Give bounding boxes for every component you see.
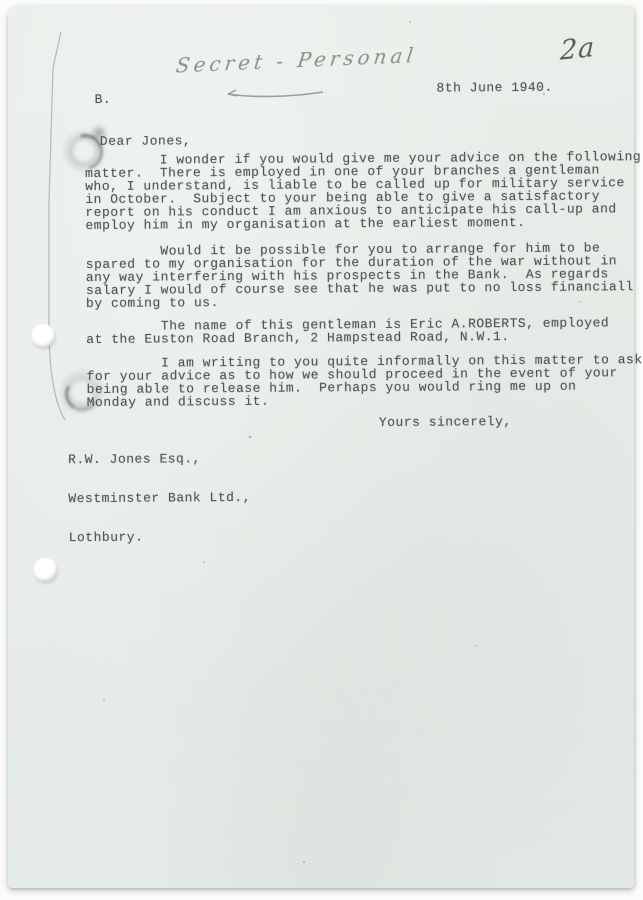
paragraph-3: The name of this gentleman is Eric A.ROB… [86,316,609,346]
closing: Yours sincerely, [379,415,512,429]
punch-hole-top [31,324,55,348]
paragraph-4: I am writing to you quite informally on … [86,353,643,409]
recipient-location: Lothbury. [69,530,252,544]
paragraph-1: I wonder if you would give me your advic… [85,150,642,232]
date-line: 8th June 1940. [436,81,552,95]
recipient-name: R.W. Jones Esq., [68,452,251,466]
recipient-address: R.W. Jones Esq., Westminster Bank Ltd., … [68,426,252,570]
salutation: Dear Jones, [100,134,191,148]
punch-hole-bottom [33,558,57,582]
letter-page: Secret - Personal 2a B. 8th June 1940. D… [8,6,634,888]
recipient-company: Westminster Bank Ltd., [68,491,251,505]
index-mark: B. [95,93,112,106]
typed-content: B. 8th June 1940. Dear Jones, I wonder i… [7,2,640,888]
paragraph-2: Would it be possible for you to arrange … [86,241,634,310]
